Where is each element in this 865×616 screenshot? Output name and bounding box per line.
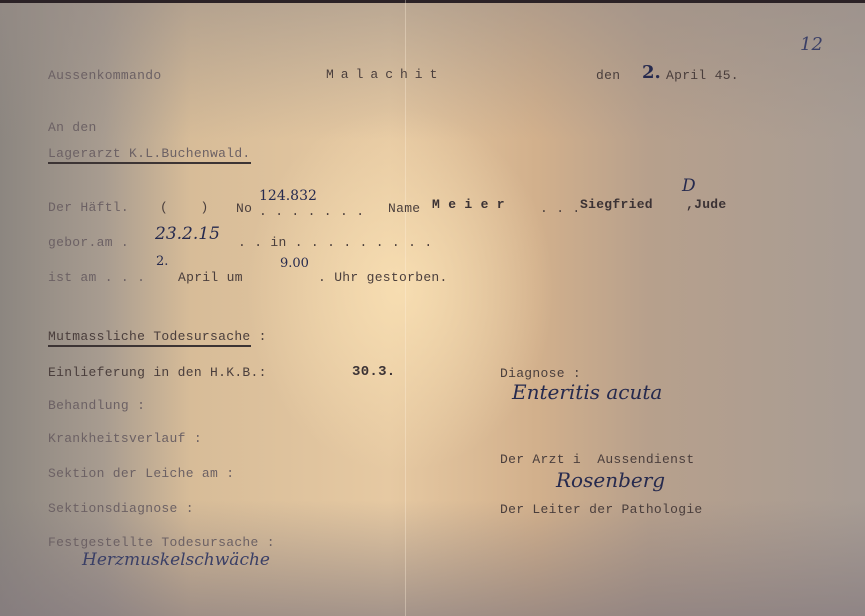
surname-dots: . . . bbox=[540, 201, 581, 216]
parens: ( ) bbox=[160, 200, 209, 215]
admission-label: Einlieferung in den H.K.B.: bbox=[48, 365, 267, 380]
pathology-label: Der Leiter der Pathologie bbox=[500, 502, 703, 517]
date-rest: April 45. bbox=[666, 68, 739, 83]
prisoner-number: 124.832 bbox=[259, 188, 317, 204]
death-day: 2. bbox=[156, 254, 168, 269]
diagnosis-label: Diagnose : bbox=[500, 366, 581, 381]
label-died: ist am . . . bbox=[48, 270, 145, 285]
recipient-line-1: An den bbox=[48, 120, 97, 135]
label-haeftling: Der Häftl. bbox=[48, 200, 129, 215]
unit-label: Aussenkommando bbox=[48, 68, 161, 83]
death-month: April um bbox=[178, 270, 243, 285]
course-label: Krankheitsverlauf : bbox=[48, 431, 202, 446]
recipient-line-2: Lagerarzt K.L.Buchenwald. bbox=[48, 146, 251, 164]
first-name: Siegfried bbox=[580, 197, 653, 212]
prisoner-category: ,Jude bbox=[686, 197, 727, 212]
born-in: . . in . . . . . . . . . bbox=[238, 235, 432, 250]
label-name: Name bbox=[388, 201, 420, 216]
death-time: 9.00 bbox=[280, 256, 309, 271]
birth-date: 23.2.15 bbox=[155, 224, 220, 244]
scan-edge bbox=[0, 0, 865, 3]
admission-value: 30.3. bbox=[352, 364, 396, 380]
confirmed-cause-label: Festgestellte Todesursache : bbox=[48, 535, 275, 550]
presumed-cause-label: Mutmassliche Todesursache bbox=[48, 329, 251, 347]
date-prefix: den bbox=[596, 68, 620, 83]
autopsy-label: Sektion der Leiche am : bbox=[48, 466, 234, 481]
doctor-signature: Rosenberg bbox=[556, 468, 665, 492]
page-number: 12 bbox=[800, 34, 823, 55]
autopsy-diagnosis-label: Sektionsdiagnose : bbox=[48, 501, 194, 516]
died-suffix: . Uhr gestorben. bbox=[318, 270, 448, 285]
diagnosis-value: Enteritis acuta bbox=[512, 380, 662, 404]
unit-name: Malachit bbox=[326, 67, 444, 82]
label-no: No bbox=[236, 201, 252, 216]
doctor-label: Der Arzt i Aussendienst bbox=[500, 452, 694, 467]
confirmed-cause-value: Herzmuskelschwäche bbox=[82, 550, 270, 570]
annotation-mark: D bbox=[682, 176, 696, 196]
number-dots: . . . . . . . bbox=[259, 204, 364, 219]
date-day: 2. bbox=[642, 62, 661, 83]
treatment-label: Behandlung : bbox=[48, 398, 145, 413]
label-born: gebor.am . bbox=[48, 235, 129, 250]
presumed-cause-colon: : bbox=[259, 329, 267, 344]
surname: M e i e r bbox=[432, 197, 505, 212]
paper-fold-line bbox=[405, 0, 406, 616]
